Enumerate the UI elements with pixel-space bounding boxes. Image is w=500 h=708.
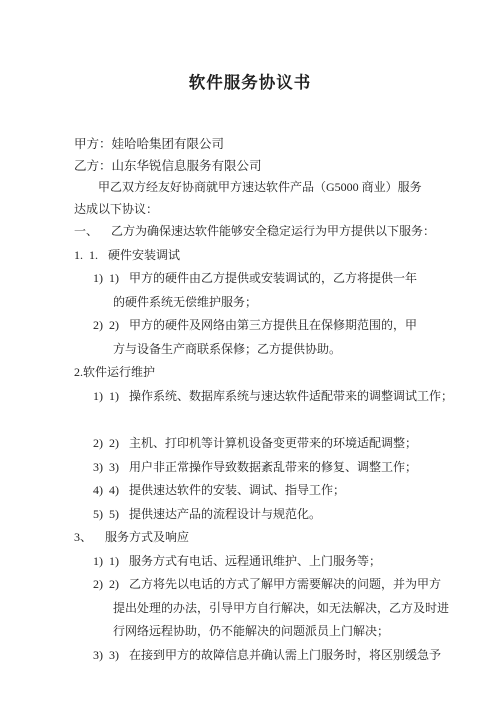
list-item: 4) 4)提供速达软件的安装、调试、指导工作；: [74, 479, 454, 503]
document-content: 软件服务协议书 甲方：娃哈哈集团有限公司乙方：山东华锐信息服务有限公司 甲乙双方…: [0, 0, 500, 667]
list-item-text: 提供速达软件的安装、调试、指导工作；: [129, 483, 345, 497]
list-item: 3) 3)用户非正常操作导致数据紊乱带来的修复、调整工作；: [74, 456, 454, 480]
list-marker: 2) 2): [93, 436, 119, 450]
list-marker: 3) 3): [93, 460, 119, 474]
party-line: 甲方：娃哈哈集团有限公司: [74, 134, 454, 156]
list-marker: 2) 2): [93, 318, 119, 332]
list-marker: 1. 1.: [74, 248, 98, 262]
list-marker: 2) 2): [93, 577, 119, 591]
list-marker: 4) 4): [93, 483, 119, 497]
list-item-text: 操作系统、数据库系统与速达软件适配带来的调整调试工作；: [129, 389, 453, 403]
list-item-text: 在接到甲方的故障信息并确认需上门服务时，将区别缓急予: [129, 648, 441, 662]
section-heading: 3、服务方式及响应: [74, 526, 454, 550]
list-marker: 3、: [74, 530, 92, 544]
list-item: 5) 5)提供速达产品的流程设计与规范化。: [74, 503, 454, 527]
intro-paragraph: 甲乙双方经友好协商就甲方速达软件产品（G5000 商业）服务 达成以下协议：: [74, 177, 454, 220]
agreement-body: 一、乙方为确保速达软件能够安全稳定运行为甲方提供以下服务：1. 1.硬件安装调试…: [74, 220, 454, 667]
list-item-text: 乙方将先以电话的方式了解甲方需要解决的问题，并为甲方 提出处理的办法，引导甲方自…: [113, 577, 449, 638]
list-item-text: 甲方的硬件及网络由第三方提供且在保修期范围的，甲 方与设备生产商联系保修；乙方提…: [113, 318, 417, 356]
list-item-text: 用户非正常操作导致数据紊乱带来的修复、调整工作；: [129, 460, 417, 474]
list-item: 1) 1)服务方式有电话、远程通讯维护、上门服务等；: [74, 550, 454, 574]
list-item: 2) 2)乙方将先以电话的方式了解甲方需要解决的问题，并为甲方 提出处理的办法，…: [74, 573, 454, 644]
list-item: 3) 3)在接到甲方的故障信息并确认需上门服务时，将区别缓急予: [74, 644, 454, 668]
section-heading: 2.软件运行维护: [74, 361, 454, 385]
list-marker: 1) 1): [93, 389, 119, 403]
list-item-text: 服务方式及响应: [105, 530, 189, 544]
list-marker: 3) 3): [93, 648, 119, 662]
blank-line: [74, 408, 454, 432]
document-page: 软件服务协议书 甲方：娃哈哈集团有限公司乙方：山东华锐信息服务有限公司 甲乙双方…: [0, 0, 500, 708]
list-marker: 5) 5): [93, 507, 119, 521]
list-item-text: 服务方式有电话、远程通讯维护、上门服务等；: [129, 554, 381, 568]
section-heading: 1. 1.硬件安装调试: [74, 244, 454, 268]
list-item-text: 提供速达产品的流程设计与规范化。: [129, 507, 321, 521]
list-item: 2) 2)甲方的硬件及网络由第三方提供且在保修期范围的，甲 方与设备生产商联系保…: [74, 314, 454, 361]
section-heading: 一、乙方为确保速达软件能够安全稳定运行为甲方提供以下服务：: [74, 220, 454, 244]
list-item-text: 硬件安装调试: [108, 248, 180, 262]
list-item: 2) 2)主机、打印机等计算机设备变更带来的环境适配调整；: [74, 432, 454, 456]
list-item-text: 乙方为确保速达软件能够安全稳定运行为甲方提供以下服务：: [111, 224, 435, 238]
list-item-text: 主机、打印机等计算机设备变更带来的环境适配调整；: [129, 436, 417, 450]
document-title: 软件服务协议书: [0, 70, 500, 96]
list-marker: 一、: [74, 224, 98, 238]
list-item: 1) 1)操作系统、数据库系统与速达软件适配带来的调整调试工作；: [74, 385, 454, 409]
list-item-text: 甲方的硬件由乙方提供或安装调试的，乙方将提供一年 的硬件系统无偿维护服务；: [113, 271, 417, 309]
list-marker: 1) 1): [93, 554, 119, 568]
list-marker: 1) 1): [93, 271, 119, 285]
party-line: 乙方：山东华锐信息服务有限公司: [74, 156, 454, 178]
list-item: 1) 1)甲方的硬件由乙方提供或安装调试的，乙方将提供一年 的硬件系统无偿维护服…: [74, 267, 454, 314]
parties-block: 甲方：娃哈哈集团有限公司乙方：山东华锐信息服务有限公司: [74, 134, 454, 177]
